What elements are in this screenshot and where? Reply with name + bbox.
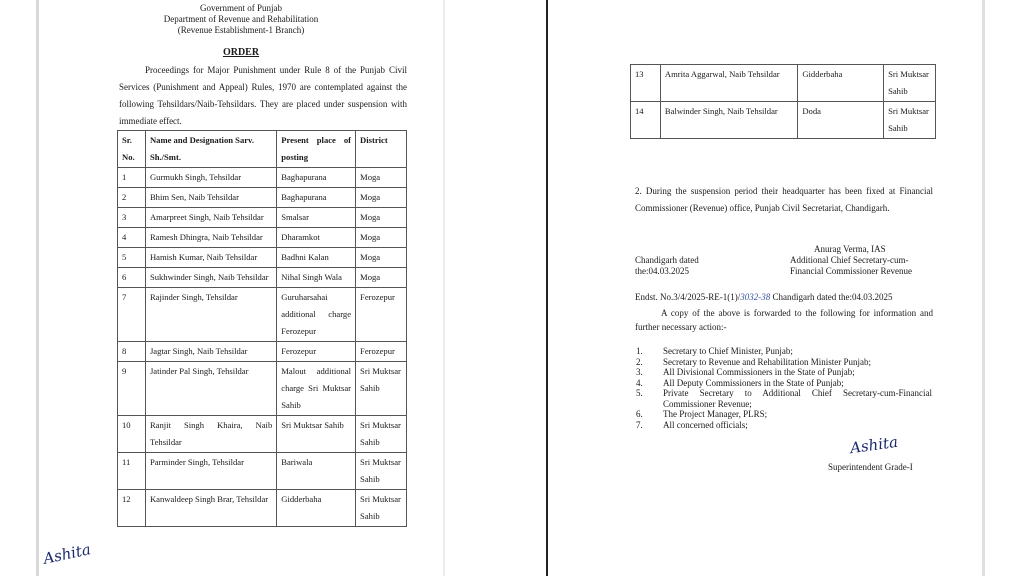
posting-cell: Nihal Singh Wala xyxy=(277,268,356,288)
name-cell: Ranjit Singh Khaira, Naib Tehsildar xyxy=(145,416,276,453)
recipient-number: 4. xyxy=(636,378,663,389)
recipient-item: 6.The Project Manager, PLRS; xyxy=(636,409,932,420)
posting-cell: Gidderbaha xyxy=(798,65,884,102)
district-cell: Sri Muktsar Sahib xyxy=(356,453,407,490)
district-cell: Sri Muktsar Sahib xyxy=(356,362,407,416)
recipient-item: 7.All concerned officials; xyxy=(636,420,932,431)
recipient-item: 3.All Divisional Commissioners in the St… xyxy=(636,367,932,378)
district-cell: Sri Muktsar Sahib xyxy=(884,102,936,139)
name-cell: Jagtar Singh, Naib Tehsildar xyxy=(145,342,276,362)
sr-cell: 5 xyxy=(118,248,146,268)
signature-left: Ashita xyxy=(42,540,93,568)
posting-cell: Bariwala xyxy=(277,453,356,490)
headquarter-paragraph: 2. During the suspension period their he… xyxy=(635,183,933,217)
posting-cell: Dharamkot xyxy=(277,228,356,248)
recipient-text: Secretary to Chief Minister, Punjab; xyxy=(663,346,793,357)
name-cell: Bhim Sen, Naib Tehsildar xyxy=(145,188,276,208)
sr-cell: 14 xyxy=(631,102,661,139)
endorsement-number: Endst. No.3/4/2025-RE-1(1)/3032-38 Chand… xyxy=(635,292,892,302)
table-row: 5Hamish Kumar, Naib TehsildarBadhni Kala… xyxy=(118,248,407,268)
posting-cell: Gidderbaha xyxy=(277,490,356,527)
sr-cell: 12 xyxy=(118,490,146,527)
place-date: Chandigarh dated the:04.03.2025 xyxy=(635,255,699,277)
sr-cell: 13 xyxy=(631,65,661,102)
table-row: 11Parminder Singh, TehsildarBariwalaSri … xyxy=(118,453,407,490)
signature-right: Ashita xyxy=(849,433,899,458)
recipient-item: 4.All Deputy Commissioners in the State … xyxy=(636,378,932,389)
table-row: 2Bhim Sen, Naib TehsildarBaghapuranaMoga xyxy=(118,188,407,208)
recipient-number: 5. xyxy=(636,388,663,409)
date-text: the:04.03.2025 xyxy=(635,266,699,277)
table-row: 10Ranjit Singh Khaira, Naib TehsildarSri… xyxy=(118,416,407,453)
posting-cell: Baghapurana xyxy=(277,168,356,188)
name-cell: Jatinder Pal Singh, Tehsildar xyxy=(145,362,276,416)
sr-cell: 3 xyxy=(118,208,146,228)
posting-cell: Doda xyxy=(798,102,884,139)
name-cell: Kanwaldeep Singh Brar, Tehsildar xyxy=(145,490,276,527)
name-cell: Balwinder Singh, Naib Tehsildar xyxy=(660,102,797,139)
recipient-list: 1.Secretary to Chief Minister, Punjab;2.… xyxy=(636,346,932,430)
table-row: 9Jatinder Pal Singh, TehsildarMalout add… xyxy=(118,362,407,416)
name-cell: Amarpreet Singh, Naib Tehsildar xyxy=(145,208,276,228)
district-cell: Moga xyxy=(356,188,407,208)
order-title: ORDER xyxy=(39,47,443,58)
district-cell: Moga xyxy=(356,208,407,228)
col-header-posting: Present place of posting xyxy=(277,131,356,168)
endst-date: Chandigarh dated the:04.03.2025 xyxy=(770,292,892,302)
signatory-block: Anurag Verma, IAS Additional Chief Secre… xyxy=(790,244,912,277)
name-cell: Parminder Singh, Tehsildar xyxy=(145,453,276,490)
district-cell: Sri Muktsar Sahib xyxy=(884,65,936,102)
recipient-number: 7. xyxy=(636,420,663,431)
posting-cell: Smalsar xyxy=(277,208,356,228)
name-cell: Amrita Aggarwal, Naib Tehsildar xyxy=(660,65,797,102)
recipient-text: All Divisional Commissioners in the Stat… xyxy=(663,367,855,378)
table-row: 12Kanwaldeep Singh Brar, TehsildarGidder… xyxy=(118,490,407,527)
signatory-designation-1: Additional Chief Secretary-cum- xyxy=(790,255,912,266)
district-cell: Moga xyxy=(356,168,407,188)
sr-cell: 8 xyxy=(118,342,146,362)
sr-cell: 7 xyxy=(118,288,146,342)
table-row: 13Amrita Aggarwal, Naib TehsildarGidderb… xyxy=(631,65,936,102)
col-header-district: District xyxy=(356,131,407,168)
signatory-name: Anurag Verma, IAS xyxy=(790,244,912,255)
recipient-number: 1. xyxy=(636,346,663,357)
district-cell: Moga xyxy=(356,268,407,288)
recipient-number: 6. xyxy=(636,409,663,420)
table-row: 1Gurmukh Singh, TehsildarBaghapuranaMoga xyxy=(118,168,407,188)
posting-cell: Malout additional charge Sri Muktsar Sah… xyxy=(277,362,356,416)
posting-cell: Sri Muktsar Sahib xyxy=(277,416,356,453)
copy-note: A copy of the above is forwarded to the … xyxy=(635,306,933,334)
posting-cell: Badhni Kalan xyxy=(277,248,356,268)
signatory-designation-2: Financial Commissioner Revenue xyxy=(790,266,912,277)
table-row: 8Jagtar Singh, Naib TehsildarFerozepurFe… xyxy=(118,342,407,362)
recipient-text: Secretary to Revenue and Rehabilitation … xyxy=(663,357,871,368)
name-cell: Gurmukh Singh, Tehsildar xyxy=(145,168,276,188)
recipient-item: 5.Private Secretary to Additional Chief … xyxy=(636,388,932,409)
sr-cell: 11 xyxy=(118,453,146,490)
header-govt: Government of Punjab xyxy=(39,3,443,14)
name-cell: Sukhwinder Singh, Naib Tehsildar xyxy=(145,268,276,288)
col-header-sr: Sr. No. xyxy=(118,131,146,168)
sr-cell: 4 xyxy=(118,228,146,248)
recipient-text: The Project Manager, PLRS; xyxy=(663,409,767,420)
order-page-2: 13Amrita Aggarwal, Naib TehsildarGidderb… xyxy=(546,0,985,576)
endst-prefix: Endst. No.3/4/2025-RE-1(1)/ xyxy=(635,292,740,302)
suspension-table: Sr. No. Name and Designation Sarv. Sh./S… xyxy=(117,130,407,527)
superintendent-title: Superintendent Grade-I xyxy=(828,462,913,472)
district-cell: Moga xyxy=(356,248,407,268)
district-cell: Sri Muktsar Sahib xyxy=(356,490,407,527)
recipient-item: 1.Secretary to Chief Minister, Punjab; xyxy=(636,346,932,357)
table-row: 4Ramesh Dhingra, Naib TehsildarDharamkot… xyxy=(118,228,407,248)
order-page-1: Government of Punjab Department of Reven… xyxy=(36,0,445,576)
header-dept: Department of Revenue and Rehabilitation xyxy=(39,14,443,25)
place-text: Chandigarh dated xyxy=(635,255,699,266)
district-cell: Ferozepur xyxy=(356,342,407,362)
recipient-text: Private Secretary to Additional Chief Se… xyxy=(663,388,932,409)
table-row: 7Rajinder Singh, TehsildarGuruharsahai a… xyxy=(118,288,407,342)
sr-cell: 10 xyxy=(118,416,146,453)
posting-cell: Baghapurana xyxy=(277,188,356,208)
name-cell: Hamish Kumar, Naib Tehsildar xyxy=(145,248,276,268)
recipient-item: 2.Secretary to Revenue and Rehabilitatio… xyxy=(636,357,932,368)
recipient-number: 2. xyxy=(636,357,663,368)
sr-cell: 2 xyxy=(118,188,146,208)
name-cell: Ramesh Dhingra, Naib Tehsildar xyxy=(145,228,276,248)
recipient-text: All concerned officials; xyxy=(663,420,748,431)
recipient-text: All Deputy Commissioners in the State of… xyxy=(663,378,844,389)
header-branch: (Revenue Establishment-1 Branch) xyxy=(39,25,443,36)
table-header-row: Sr. No. Name and Designation Sarv. Sh./S… xyxy=(118,131,407,168)
district-cell: Sri Muktsar Sahib xyxy=(356,416,407,453)
suspension-table-continued: 13Amrita Aggarwal, Naib TehsildarGidderb… xyxy=(630,64,936,139)
col-header-name: Name and Designation Sarv. Sh./Smt. xyxy=(145,131,276,168)
posting-cell: Ferozepur xyxy=(277,342,356,362)
recipient-number: 3. xyxy=(636,367,663,378)
district-cell: Moga xyxy=(356,228,407,248)
order-intro: Proceedings for Major Punishment under R… xyxy=(119,62,407,130)
table-row: 3Amarpreet Singh, Naib TehsildarSmalsarM… xyxy=(118,208,407,228)
district-cell: Ferozepur xyxy=(356,288,407,342)
sr-cell: 6 xyxy=(118,268,146,288)
table-row: 6Sukhwinder Singh, Naib TehsildarNihal S… xyxy=(118,268,407,288)
endst-handwritten-number: 3032-38 xyxy=(740,292,770,302)
posting-cell: Guruharsahai additional charge Ferozepur xyxy=(277,288,356,342)
name-cell: Rajinder Singh, Tehsildar xyxy=(145,288,276,342)
sr-cell: 1 xyxy=(118,168,146,188)
table-row: 14Balwinder Singh, Naib TehsildarDodaSri… xyxy=(631,102,936,139)
sr-cell: 9 xyxy=(118,362,146,416)
